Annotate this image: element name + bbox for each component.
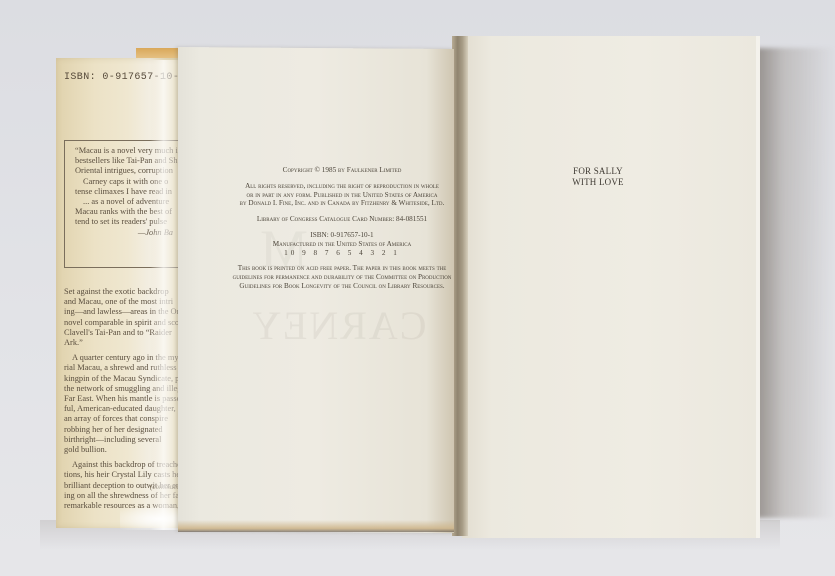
book-shadow xyxy=(756,48,835,518)
printing-numbers: 10 9 8 7 6 5 4 3 2 1 xyxy=(224,249,460,258)
lccn-line: Library of Congress Catalogue Card Numbe… xyxy=(224,215,460,224)
dedication-line: WITH LOVE xyxy=(563,177,633,188)
dedication: FOR SALLY WITH LOVE xyxy=(563,166,633,188)
rights-line: All rights reserved, including the right… xyxy=(224,182,460,191)
manufactured-line: Manufactured in the United States of Ame… xyxy=(224,240,460,249)
isbn-line: ISBN: 0-917657-10-1 xyxy=(224,231,460,240)
dedication-line: FOR SALLY xyxy=(563,166,633,177)
rights-line: by Donald I. Fine, Inc. and in Canada by… xyxy=(224,199,460,208)
show-through-text: CARNEY xyxy=(250,302,426,349)
page-bottom-edge xyxy=(178,520,454,532)
copyright-notice: Copyright © 1985 by Faulkener Limited Al… xyxy=(224,166,460,298)
dedication-page xyxy=(462,36,760,538)
paper-line: This book is printed on acid free paper.… xyxy=(224,264,460,273)
rights-line: or in part in any form. Published in the… xyxy=(224,191,460,200)
paper-line: guidelines for permanence and durability… xyxy=(224,273,460,282)
photo-scene: ISBN: 0-917657-10-1 “Macau is a novel ve… xyxy=(0,0,835,576)
copyright-line: Copyright © 1985 by Faulkener Limited xyxy=(224,166,460,175)
page-edge xyxy=(756,36,760,538)
jacket-glare xyxy=(150,60,180,530)
paper-line: Guidelines for Book Longevity of the Cou… xyxy=(224,282,460,291)
